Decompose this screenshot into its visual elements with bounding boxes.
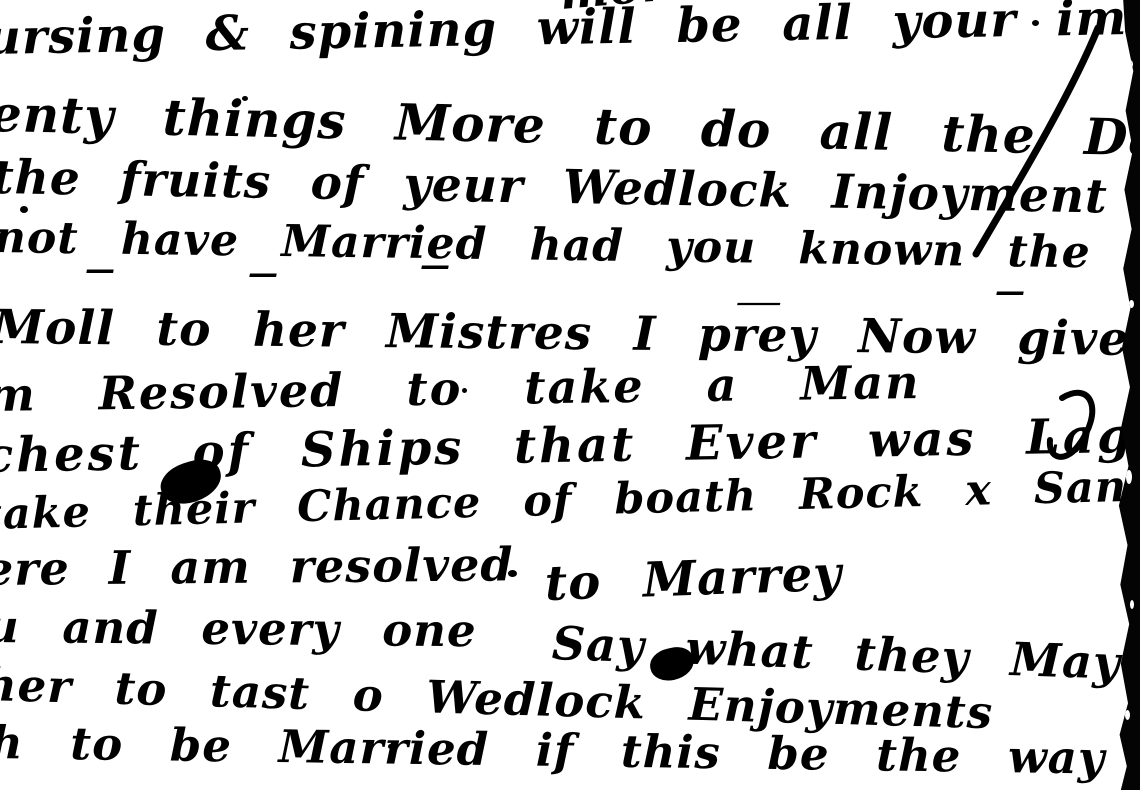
binding-speck (1129, 300, 1134, 308)
ink-speck (1032, 20, 1039, 26)
manuscript-line: not have Married had you known the wa (0, 212, 1140, 280)
ink-speck (388, 744, 393, 749)
dash-stroke: — (85, 252, 115, 287)
ink-speck (462, 388, 467, 393)
manuscript-line: m Resolved to take a Man (0, 355, 921, 422)
dash-stroke: — (995, 274, 1025, 309)
manuscript-line: ere I am resolved (0, 537, 514, 596)
manuscript-line: ursing & spining will be all your imploy… (0, 0, 1140, 66)
ink-speck (242, 96, 248, 101)
binding-speck (1130, 600, 1134, 609)
ink-speck (20, 206, 28, 213)
manuscript-line: to Marrey (544, 546, 843, 612)
binding-speck (1128, 60, 1133, 69)
dash-stroke: — (248, 256, 278, 291)
ink-speck (508, 570, 517, 577)
dash-stroke: — (420, 248, 450, 283)
manuscript-line: u and every one (0, 600, 477, 657)
binding-speck (1125, 710, 1130, 720)
manuscript-page: more ursing & spining will be all your i… (0, 0, 1140, 790)
manuscript-line: Moll to her Mistres I prey Now give over (0, 300, 1140, 369)
